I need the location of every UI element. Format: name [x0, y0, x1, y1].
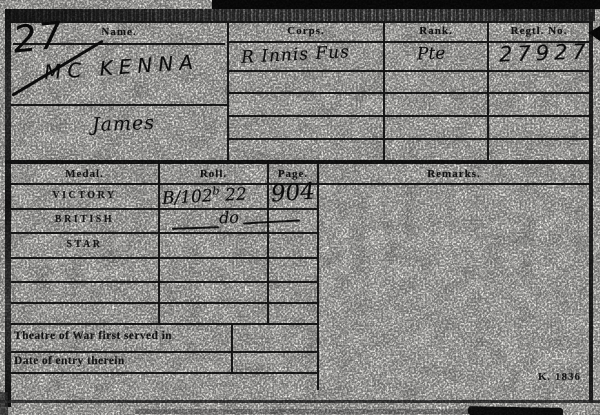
medal-header-label: Medal.: [11, 168, 158, 180]
corps-header-label: Corps.: [229, 25, 383, 37]
rule-medal-row-3: [11, 257, 317, 259]
handwritten-page-number: 904: [270, 179, 316, 208]
rule-right-3: [229, 92, 589, 94]
roll-main: B/102: [162, 186, 214, 209]
handwritten-forename: James: [92, 112, 156, 136]
rule-name-mid: [11, 104, 227, 106]
date-of-entry-label: Date of entry therein: [14, 355, 125, 367]
medal-row-victory: VICTORY: [11, 190, 158, 201]
handwritten-regimental-number: 27927: [499, 39, 592, 66]
rule-medal-row-5: [11, 302, 317, 304]
rule-section-divider: [5, 160, 593, 164]
regtl-no-header-label: Regtl. No.: [489, 25, 589, 37]
handwritten-ditto: do: [219, 208, 240, 228]
theatre-of-war-label: Theatre of War first served in: [14, 330, 172, 342]
rule-top: [5, 21, 593, 23]
scan-bottom-shadow-band: [135, 409, 475, 414]
rule-right-4: [229, 115, 589, 117]
remarks-header-label: Remarks.: [319, 168, 589, 180]
rule-date-bottom: [8, 372, 317, 374]
card-right-edge: [589, 12, 593, 403]
rule-medal-row-2: [11, 232, 317, 234]
card-top-torn-edge: [5, 9, 595, 21]
rule-medal-row-6: [11, 323, 317, 325]
handwritten-surname: MC KENNA: [43, 50, 199, 85]
handwritten-corps: R Innis Fus: [241, 42, 351, 68]
divider-theatre-value: [231, 323, 233, 372]
handwritten-card-number: 27: [11, 13, 66, 61]
roll-rest: 22: [225, 184, 248, 205]
ditto-dash-right: [243, 220, 300, 225]
form-code: K. 1836: [538, 371, 592, 383]
rule-right-5: [229, 138, 589, 140]
rule-right-2: [229, 70, 589, 72]
scan-bottom-right-blob: [468, 406, 563, 415]
medal-index-card: Name. Corps. Rank. Regtl. No. 27 MC KENN…: [0, 0, 600, 415]
divider-medal-roll: [158, 164, 160, 323]
roll-superscript: b: [212, 184, 220, 197]
handwritten-roll-number: B/102b 22: [161, 183, 247, 209]
medal-row-star: STAR: [11, 239, 158, 250]
roll-header-label: Roll.: [160, 168, 267, 180]
divider-page-remarks: [317, 164, 319, 390]
ditto-dash-left: [172, 226, 219, 230]
rule-theatre-bottom: [11, 351, 317, 353]
handwritten-rank: Pte: [417, 44, 446, 65]
rule-medal-row-4: [11, 281, 317, 283]
scan-bottom-edge-line: [0, 400, 600, 403]
medal-row-british: BRITISH: [11, 214, 158, 225]
scan-bottom-left-mark: [0, 392, 8, 415]
scan-top-black-band: [212, 0, 600, 9]
divider-roll-page: [267, 164, 269, 323]
rank-header-label: Rank.: [385, 25, 487, 37]
